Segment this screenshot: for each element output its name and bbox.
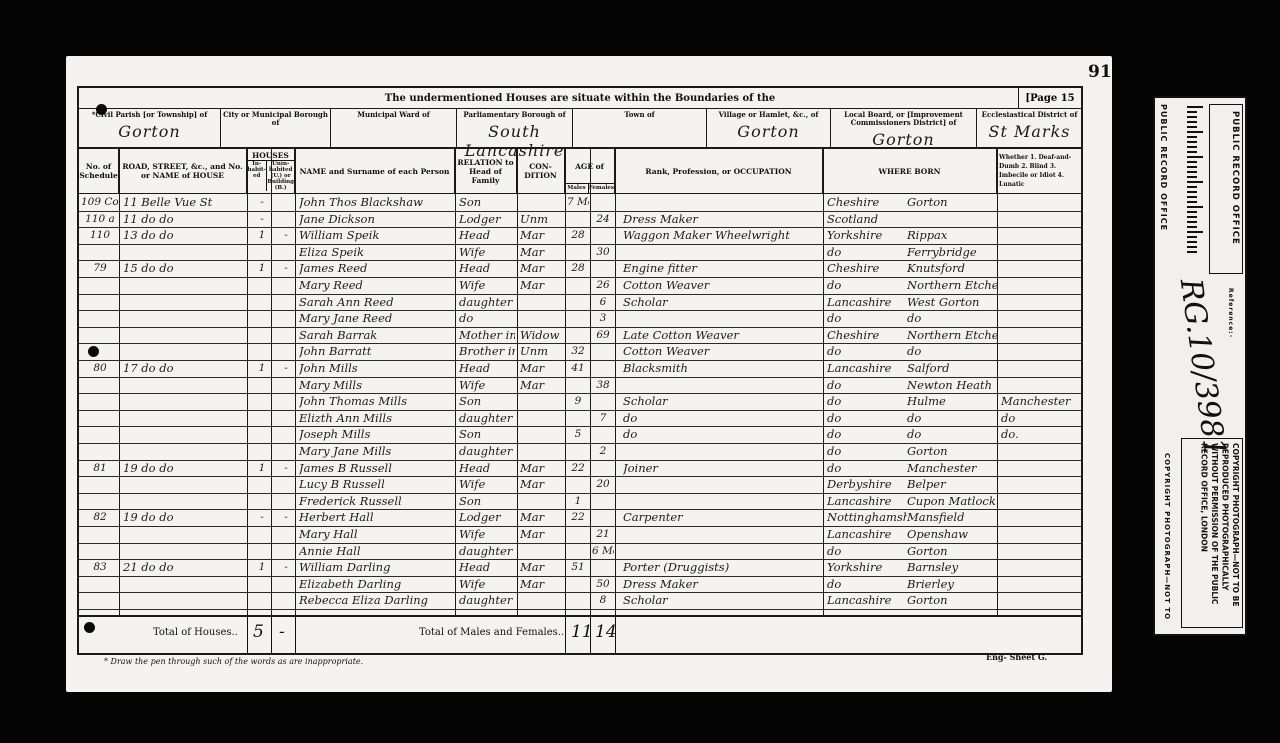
- cell-schedule: [81, 294, 119, 311]
- cell-infirmity: [1001, 493, 1081, 510]
- district-5: Village or Hamlet, &c., ofGorton: [707, 108, 831, 149]
- cell-female-age: 24: [592, 211, 614, 228]
- district-label: Municipal Ward of: [331, 111, 456, 119]
- table-row: Rebecca Eliza Darlingdaughter8ScholarLan…: [79, 592, 1081, 610]
- cell-born-place: Newton Heath: [907, 377, 997, 394]
- cell-condition: Mar: [520, 277, 564, 294]
- cell-schedule: 83: [81, 559, 119, 576]
- cell-schedule: [81, 327, 119, 344]
- cell-occupation: [623, 493, 821, 510]
- cell-relation: Brother in Law: [459, 343, 515, 360]
- cell-address: [123, 410, 245, 427]
- cell-schedule: [81, 277, 119, 294]
- cell-occupation: Scholar: [623, 393, 821, 410]
- cell-female-age: [592, 343, 614, 360]
- district-value: Gorton: [831, 130, 976, 149]
- table-row: Eliza SpeikWifeMar30doFerrybridge: [79, 244, 1081, 262]
- cell-male-age: 5: [567, 426, 589, 443]
- table-row: 8321 do do1-William DarlingHeadMar51Port…: [79, 559, 1081, 577]
- cell-relation: Head: [459, 360, 515, 377]
- district-label: Local Board, or [Improvement Commissione…: [831, 111, 976, 127]
- cell-inhabited: [255, 493, 269, 510]
- cell-uninhabited: [279, 410, 293, 427]
- cell-schedule: [81, 377, 119, 394]
- cell-born-place: Ferrybridge: [907, 244, 997, 261]
- cell-female-age: 38: [592, 377, 614, 394]
- cell-female-age: [592, 493, 614, 510]
- cell-uninhabited: [279, 476, 293, 493]
- cell-relation: daughter: [459, 410, 515, 427]
- cell-address: 19 do do: [123, 509, 245, 526]
- cell-condition: [520, 543, 564, 560]
- cell-name: Sarah Ann Reed: [299, 294, 453, 311]
- cell-uninhabited: [279, 493, 293, 510]
- cell-female-age: 30: [592, 244, 614, 261]
- table-row: Mary Jane Reeddo3dodo: [79, 310, 1081, 328]
- totals-row: Total of Houses.. 5 - Total of Males and…: [79, 615, 1081, 653]
- cell-name: Jane Dickson: [299, 211, 453, 228]
- table-row: John BarrattBrother in LawUnm32Cotton We…: [79, 343, 1081, 361]
- cell-infirmity: [1001, 526, 1081, 543]
- cell-born-place: Gorton: [907, 194, 997, 211]
- total-houses-uninhabited: -: [279, 622, 285, 642]
- table-row: Sarah Ann Reeddaughter6ScholarLancashire…: [79, 294, 1081, 312]
- cell-uninhabited: [279, 244, 293, 261]
- cell-relation: Head: [459, 227, 515, 244]
- cell-inhabited: [255, 393, 269, 410]
- cell-inhabited: -: [255, 211, 269, 228]
- cell-born-place: Knutsford: [907, 260, 997, 277]
- cell-schedule: [81, 592, 119, 609]
- cell-schedule: [81, 343, 119, 360]
- archive-reference-strip: PUBLIC RECORD OFFICE PUBLIC RECORD OFFIC…: [1153, 96, 1247, 636]
- cell-name: William Speik: [299, 227, 453, 244]
- cell-relation: Wife: [459, 576, 515, 593]
- cell-born-county: do: [827, 460, 907, 477]
- cell-occupation: Dress Maker: [623, 211, 821, 228]
- cell-female-age: 6: [592, 294, 614, 311]
- cell-female-age: [592, 509, 614, 526]
- table-row: Elizth Ann Millsdaughter7dodododo: [79, 410, 1081, 428]
- cell-born-place: Salford: [907, 360, 997, 377]
- cell-female-age: 69: [592, 327, 614, 344]
- cell-born-place: Mansfield: [907, 509, 997, 526]
- cell-relation: Son: [459, 493, 515, 510]
- cell-male-age: [567, 294, 589, 311]
- cell-relation: Head: [459, 559, 515, 576]
- cell-uninhabited: [279, 393, 293, 410]
- cell-relation: daughter: [459, 443, 515, 460]
- cell-address: 11 do do: [123, 211, 245, 228]
- cell-born-place: do: [907, 410, 997, 427]
- cell-inhabited: 1: [255, 559, 269, 576]
- cell-born-place: Brierley: [907, 576, 997, 593]
- col-schedule: No. of Schedule: [79, 149, 119, 194]
- cell-relation: Son: [459, 194, 515, 211]
- cell-born-place: Openshaw: [907, 526, 997, 543]
- cell-born-county: do: [827, 277, 907, 294]
- cell-name: Mary Jane Reed: [299, 310, 453, 327]
- total-houses-label: Total of Houses..: [153, 627, 238, 638]
- cell-born-county: Lancashire: [827, 360, 907, 377]
- cell-condition: Mar: [520, 559, 564, 576]
- col-road: ROAD, STREET, &c., and No. or NAME of HO…: [119, 149, 247, 194]
- cell-male-age: 7 Mo: [567, 194, 589, 211]
- table-row: 7915 do do1-James ReedHeadMar28Engine fi…: [79, 260, 1081, 278]
- cell-inhabited: 1: [255, 460, 269, 477]
- cell-name: Eliza Speik: [299, 244, 453, 261]
- cell-condition: [520, 592, 564, 609]
- cell-address: [123, 476, 245, 493]
- cell-uninhabited: [279, 310, 293, 327]
- cell-occupation: do: [623, 426, 821, 443]
- cell-male-age: 9: [567, 393, 589, 410]
- cell-occupation: Porter (Druggists): [623, 559, 821, 576]
- cell-female-age: [592, 460, 614, 477]
- cell-born-place: Barnsley: [907, 559, 997, 576]
- cell-schedule: [81, 526, 119, 543]
- cell-address: 21 do do: [123, 559, 245, 576]
- cell-schedule: [81, 310, 119, 327]
- cell-occupation: [623, 194, 821, 211]
- cell-address: [123, 294, 245, 311]
- measure-ruler: [1187, 106, 1205, 256]
- cell-schedule: 109 Cont: [81, 194, 119, 211]
- cell-name: John Thomas Mills: [299, 393, 453, 410]
- cell-male-age: 41: [567, 360, 589, 377]
- cell-condition: [520, 410, 564, 427]
- cell-address: [123, 543, 245, 560]
- district-7: Ecclesiastical District ofSt Marks: [977, 108, 1083, 149]
- cell-born-county: do: [827, 343, 907, 360]
- cell-infirmity: [1001, 244, 1081, 261]
- cell-name: Sarah Barrak: [299, 327, 453, 344]
- cell-relation: daughter: [459, 294, 515, 311]
- cell-born-county: do: [827, 377, 907, 394]
- cell-address: [123, 426, 245, 443]
- cell-condition: Widow: [520, 327, 564, 344]
- cell-born-county: do: [827, 543, 907, 560]
- cell-occupation: Scholar: [623, 592, 821, 609]
- cell-address: [123, 377, 245, 394]
- cell-inhabited: [255, 327, 269, 344]
- cell-condition: [520, 393, 564, 410]
- cell-address: [123, 576, 245, 593]
- reference-number: RG.10/3981: [1173, 276, 1233, 459]
- cell-infirmity: [1001, 310, 1081, 327]
- cell-occupation: Joiner: [623, 460, 821, 477]
- page-label: [Page 15: [1018, 88, 1081, 108]
- cell-condition: Mar: [520, 377, 564, 394]
- cell-uninhabited: [279, 576, 293, 593]
- cell-uninhabited: [279, 526, 293, 543]
- cell-infirmity: [1001, 509, 1081, 526]
- binding-hole: [84, 622, 95, 633]
- cell-infirmity: [1001, 343, 1081, 360]
- cell-occupation: [623, 377, 821, 394]
- cell-occupation: [623, 244, 821, 261]
- cell-schedule: 81: [81, 460, 119, 477]
- cell-relation: daughter: [459, 592, 515, 609]
- cell-schedule: 82: [81, 509, 119, 526]
- cell-occupation: [623, 310, 821, 327]
- cell-name: James B Russell: [299, 460, 453, 477]
- cell-infirmity: [1001, 377, 1081, 394]
- form-heading: The undermentioned Houses are situate wi…: [79, 88, 1081, 109]
- cell-condition: [520, 443, 564, 460]
- cell-born-place: Northern Etchells: [907, 327, 997, 344]
- census-form: The undermentioned Houses are situate wi…: [77, 86, 1083, 655]
- cell-inhabited: 1: [255, 360, 269, 377]
- cell-uninhabited: [279, 294, 293, 311]
- cell-born-place: do: [907, 426, 997, 443]
- col-where-born: WHERE BORN: [823, 149, 997, 194]
- cell-born-county: do: [827, 576, 907, 593]
- cell-name: Mary Reed: [299, 277, 453, 294]
- cell-schedule: [81, 426, 119, 443]
- cell-condition: Mar: [520, 460, 564, 477]
- table-row: Mary HallWifeMar21LancashireOpenshaw: [79, 526, 1081, 544]
- cell-address: [123, 277, 245, 294]
- cell-schedule: [81, 410, 119, 427]
- cell-uninhabited: [279, 426, 293, 443]
- cell-uninhabited: -: [279, 227, 293, 244]
- cell-female-age: [592, 194, 614, 211]
- cell-infirmity: [1001, 294, 1081, 311]
- cell-name: Rebecca Eliza Darling: [299, 592, 453, 609]
- cell-occupation: Blacksmith: [623, 360, 821, 377]
- cell-address: [123, 343, 245, 360]
- cell-male-age: 32: [567, 343, 589, 360]
- table-row: 109 Cont11 Belle Vue St-John Thos Blacks…: [79, 194, 1081, 212]
- binding-hole: [88, 346, 99, 357]
- cell-inhabited: [255, 410, 269, 427]
- cell-inhabited: [255, 277, 269, 294]
- cell-inhabited: [255, 443, 269, 460]
- cell-female-age: [592, 393, 614, 410]
- copyright-side: COPYRIGHT PHOTOGRAPH—NOT TO: [1163, 453, 1171, 620]
- cell-relation: Wife: [459, 526, 515, 543]
- sheet-code: Eng- Sheet G.: [986, 652, 1047, 662]
- cell-name: William Darling: [299, 559, 453, 576]
- col-name: NAME and Surname of each Person: [295, 149, 455, 194]
- cell-occupation: Waggon Maker Wheelwright: [623, 227, 821, 244]
- cell-male-age: 51: [567, 559, 589, 576]
- cell-infirmity: [1001, 360, 1081, 377]
- cell-address: [123, 443, 245, 460]
- col-relation: RELATION to Head of Family: [455, 149, 517, 194]
- table-row: 11013 do do1-William SpeikHeadMar28Waggo…: [79, 227, 1081, 245]
- cell-uninhabited: [279, 277, 293, 294]
- cell-uninhabited: [279, 343, 293, 360]
- cell-address: 15 do do: [123, 260, 245, 277]
- reference-label: Reference:-: [1227, 288, 1234, 338]
- district-4: Town of: [573, 108, 707, 149]
- cell-inhabited: [255, 377, 269, 394]
- cell-inhabited: [255, 476, 269, 493]
- table-row: John Thomas MillsSon9ScholardoHulmeManch…: [79, 393, 1081, 411]
- cell-female-age: 50: [592, 576, 614, 593]
- folio-number: 91: [1088, 62, 1112, 82]
- cell-occupation: [623, 476, 821, 493]
- cell-name: John Barratt: [299, 343, 453, 360]
- cell-infirmity: [1001, 260, 1081, 277]
- cell-condition: [520, 493, 564, 510]
- cell-uninhabited: -: [279, 460, 293, 477]
- cell-inhabited: [255, 592, 269, 609]
- cell-male-age: 22: [567, 460, 589, 477]
- cell-name: John Thos Blackshaw: [299, 194, 453, 211]
- cell-name: Lucy B Russell: [299, 476, 453, 493]
- cell-born-county: Yorkshire: [827, 559, 907, 576]
- table-row: 110 a11 do do-Jane DicksonLodgerUnm24Dre…: [79, 211, 1081, 229]
- cell-name: Herbert Hall: [299, 509, 453, 526]
- cell-schedule: [81, 443, 119, 460]
- cell-relation: Wife: [459, 277, 515, 294]
- cell-relation: Son: [459, 393, 515, 410]
- cell-inhabited: [255, 526, 269, 543]
- strip-side-title: PUBLIC RECORD OFFICE: [1159, 104, 1168, 231]
- cell-male-age: [567, 526, 589, 543]
- cell-uninhabited: -: [279, 260, 293, 277]
- table-row: 8219 do do--Herbert HallLodgerMar22Carpe…: [79, 509, 1081, 527]
- cell-male-age: [567, 277, 589, 294]
- cell-male-age: [567, 576, 589, 593]
- cell-address: [123, 592, 245, 609]
- cell-born-place: Belper: [907, 476, 997, 493]
- cell-condition: Mar: [520, 244, 564, 261]
- cell-condition: Mar: [520, 360, 564, 377]
- cell-relation: Son: [459, 426, 515, 443]
- cell-inhabited: -: [255, 194, 269, 211]
- cell-relation: Wife: [459, 476, 515, 493]
- cell-uninhabited: [279, 377, 293, 394]
- cell-occupation: [623, 526, 821, 543]
- cell-infirmity: [1001, 211, 1081, 228]
- cell-infirmity: [1001, 476, 1081, 493]
- cell-female-age: [592, 227, 614, 244]
- cell-infirmity: [1001, 576, 1081, 593]
- cell-relation: do: [459, 310, 515, 327]
- table-row: Joseph MillsSon5dodododo.: [79, 426, 1081, 444]
- cell-address: [123, 310, 245, 327]
- cell-born-county: Derbyshire: [827, 476, 907, 493]
- cell-male-age: [567, 211, 589, 228]
- cell-schedule: [81, 393, 119, 410]
- cell-condition: Mar: [520, 576, 564, 593]
- table-row: Mary ReedWifeMar26Cotton WeaverdoNorther…: [79, 277, 1081, 295]
- district-label: Parliamentary Borough of: [457, 111, 572, 119]
- cell-born-county: do: [827, 426, 907, 443]
- cell-born-county: Lancashire: [827, 294, 907, 311]
- cell-female-age: 7: [592, 410, 614, 427]
- cell-condition: Unm: [520, 211, 564, 228]
- cell-born-place: Gorton: [907, 543, 997, 560]
- cell-relation: Head: [459, 260, 515, 277]
- table-row: Sarah BarrakMother in LawWidow69Late Cot…: [79, 327, 1081, 345]
- cell-relation: Lodger: [459, 509, 515, 526]
- cell-female-age: 8: [592, 592, 614, 609]
- cell-inhabited: [255, 543, 269, 560]
- cell-condition: [520, 310, 564, 327]
- cell-male-age: 22: [567, 509, 589, 526]
- cell-occupation: do: [623, 410, 821, 427]
- cell-born-county: Cheshire: [827, 260, 907, 277]
- cell-name: Elizth Ann Mills: [299, 410, 453, 427]
- cell-condition: [520, 294, 564, 311]
- cell-born-county: do: [827, 410, 907, 427]
- cell-occupation: Scholar: [623, 294, 821, 311]
- cell-occupation: Cotton Weaver: [623, 277, 821, 294]
- cell-born-county: Nottinghamshire: [827, 509, 907, 526]
- cell-infirmity: [1001, 559, 1081, 576]
- cell-condition: Mar: [520, 526, 564, 543]
- cell-born-place: West Gorton: [907, 294, 997, 311]
- total-persons-label: Total of Males and Females..: [419, 627, 564, 638]
- cell-male-age: 28: [567, 227, 589, 244]
- office-title: PUBLIC RECORD OFFICE: [1230, 111, 1240, 245]
- cell-address: 13 do do: [123, 227, 245, 244]
- cell-male-age: [567, 443, 589, 460]
- cell-address: [123, 327, 245, 344]
- cell-born-county: do: [827, 443, 907, 460]
- cell-male-age: [567, 410, 589, 427]
- cell-condition: Mar: [520, 260, 564, 277]
- cell-female-age: 26: [592, 277, 614, 294]
- cell-infirmity: do: [1001, 410, 1081, 427]
- cell-schedule: 110 a: [81, 211, 119, 228]
- cell-inhabited: [255, 310, 269, 327]
- district-label: City or Municipal Borough of: [221, 111, 330, 127]
- total-females: 14: [595, 622, 617, 642]
- cell-born-place: Hulme: [907, 393, 997, 410]
- cell-born-county: Lancashire: [827, 526, 907, 543]
- cell-female-age: [592, 360, 614, 377]
- cell-address: 11 Belle Vue St: [123, 194, 245, 211]
- cell-schedule: [81, 576, 119, 593]
- cell-infirmity: [1001, 592, 1081, 609]
- cell-male-age: [567, 327, 589, 344]
- copyright-notice: COPYRIGHT PHOTOGRAPH—NOT TO BE REPRODUCE…: [1181, 438, 1243, 628]
- cell-infirmity: [1001, 460, 1081, 477]
- cell-male-age: 28: [567, 260, 589, 277]
- col-condition: CON-DITION: [517, 149, 565, 194]
- cell-born-county: Lancashire: [827, 592, 907, 609]
- cell-infirmity: do.: [1001, 426, 1081, 443]
- table-row: Frederick RussellSon1LancashireCupon Mat…: [79, 493, 1081, 511]
- cell-infirmity: [1001, 194, 1081, 211]
- cell-uninhabited: [279, 543, 293, 560]
- table-row: Elizabeth DarlingWifeMar50Dress MakerdoB…: [79, 576, 1081, 594]
- cell-name: Annie Hall: [299, 543, 453, 560]
- table-row: Annie Halldaughter6 ModoGorton: [79, 543, 1081, 561]
- cell-name: Frederick Russell: [299, 493, 453, 510]
- cell-uninhabited: -: [279, 559, 293, 576]
- cell-female-age: 21: [592, 526, 614, 543]
- cell-born-place: Gorton: [907, 592, 997, 609]
- cell-uninhabited: [279, 327, 293, 344]
- cell-born-county: Cheshire: [827, 194, 907, 211]
- footnote: * Draw the pen through such of the words…: [104, 657, 363, 666]
- col-females: Females: [589, 184, 614, 193]
- cell-name: John Mills: [299, 360, 453, 377]
- cell-condition: [520, 426, 564, 443]
- cell-born-county: Scotland: [827, 211, 907, 228]
- cell-name: Mary Hall: [299, 526, 453, 543]
- cell-occupation: Carpenter: [623, 509, 821, 526]
- cell-female-age: [592, 260, 614, 277]
- cell-male-age: [567, 592, 589, 609]
